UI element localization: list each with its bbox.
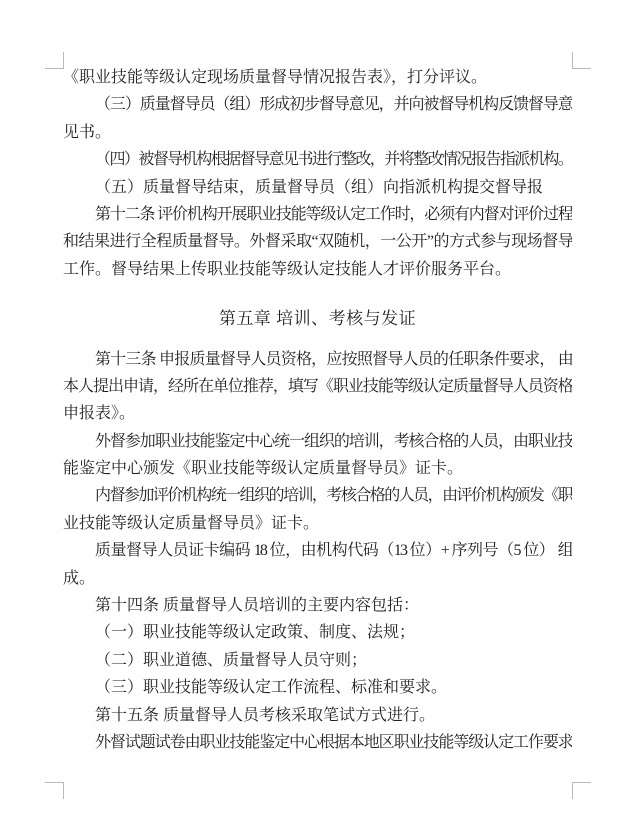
text-line: （三）质量督导员（组）形成初步督导意见，并向被督导机构反馈督导意 — [63, 91, 572, 118]
document-body: 《职业技能等级认定现场质量督导情况报告表》，打分评议。 （三）质量督导员（组）形… — [63, 64, 572, 756]
chapter-heading: 第五章 培训、考核与发证 — [63, 305, 572, 332]
text-line: 内督参加评价机构统一组织的培训，考核合格的人员，由评价机构颁发《职 — [63, 482, 572, 509]
text-boundary-mark-bottom-right — [572, 782, 591, 799]
text-line: 第十四条 质量督导人员培训的主要内容包括： — [63, 592, 572, 619]
text-line: 第十二条 评价机构开展职业技能等级认定工作时，必须有内督对评价过程 — [63, 201, 572, 228]
text-line: 能鉴定中心颁发《职业技能等级认定质量督导员》证卡。 — [63, 455, 572, 482]
text-line: 外督试题试卷由职业技能鉴定中心根据本地区职业技能等级认定工作要求 — [63, 729, 572, 756]
text-line: （二）职业道德、质量督导人员守则； — [63, 647, 572, 674]
text-line: 申报表》。 — [63, 400, 572, 427]
text-line: 质量督导人员证卡编码 18 位，由机构代码（13 位）+ 序列号（5 位） 组 — [63, 537, 572, 564]
text-line: （一）职业技能等级认定政策、制度、法规； — [63, 619, 572, 646]
text-boundary-mark-bottom-left — [45, 782, 64, 799]
text-line: 本人提出申请，经所在单位推荐，填写《职业技能等级认定质量督导人员资格 — [63, 373, 572, 400]
text-boundary-mark-top-left — [45, 52, 64, 69]
text-line: 业技能等级认定质量督导员》证卡。 — [63, 510, 572, 537]
text-line: 工作。督导结果上传职业技能等级认定技能人才评价服务平台。 — [63, 256, 572, 283]
text-line: （四）被督导机构根据督导意见书进行整改，并将整改情况报告指派机构。 — [63, 146, 572, 173]
text-line: 成。 — [63, 565, 572, 592]
text-line: 见书。 — [63, 119, 572, 146]
text-line: 第十三条 申报质量督导人员资格，应按照督导人员的任职条件要求， 由 — [63, 346, 572, 373]
text-line: 和结果进行全程质量督导。外督采取“双随机，一公开”的方式参与现场督导 — [63, 228, 572, 255]
text-line: 外督参加职业技能鉴定中心统一组织的培训，考核合格的人员，由职业技 — [63, 428, 572, 455]
document-page: 《职业技能等级认定现场质量督导情况报告表》，打分评议。 （三）质量督导员（组）形… — [0, 0, 632, 818]
text-line: （三）职业技能等级认定工作流程、标准和要求。 — [63, 674, 572, 701]
text-line: 《职业技能等级认定现场质量督导情况报告表》，打分评议。 — [63, 64, 572, 91]
text-line: 第十五条 质量督导人员考核采取笔试方式进行。 — [63, 702, 572, 729]
text-boundary-mark-top-right — [572, 52, 591, 69]
text-line: （五）质量督导结束，质量督导员（组）向指派机构提交督导报告。 — [63, 174, 572, 201]
